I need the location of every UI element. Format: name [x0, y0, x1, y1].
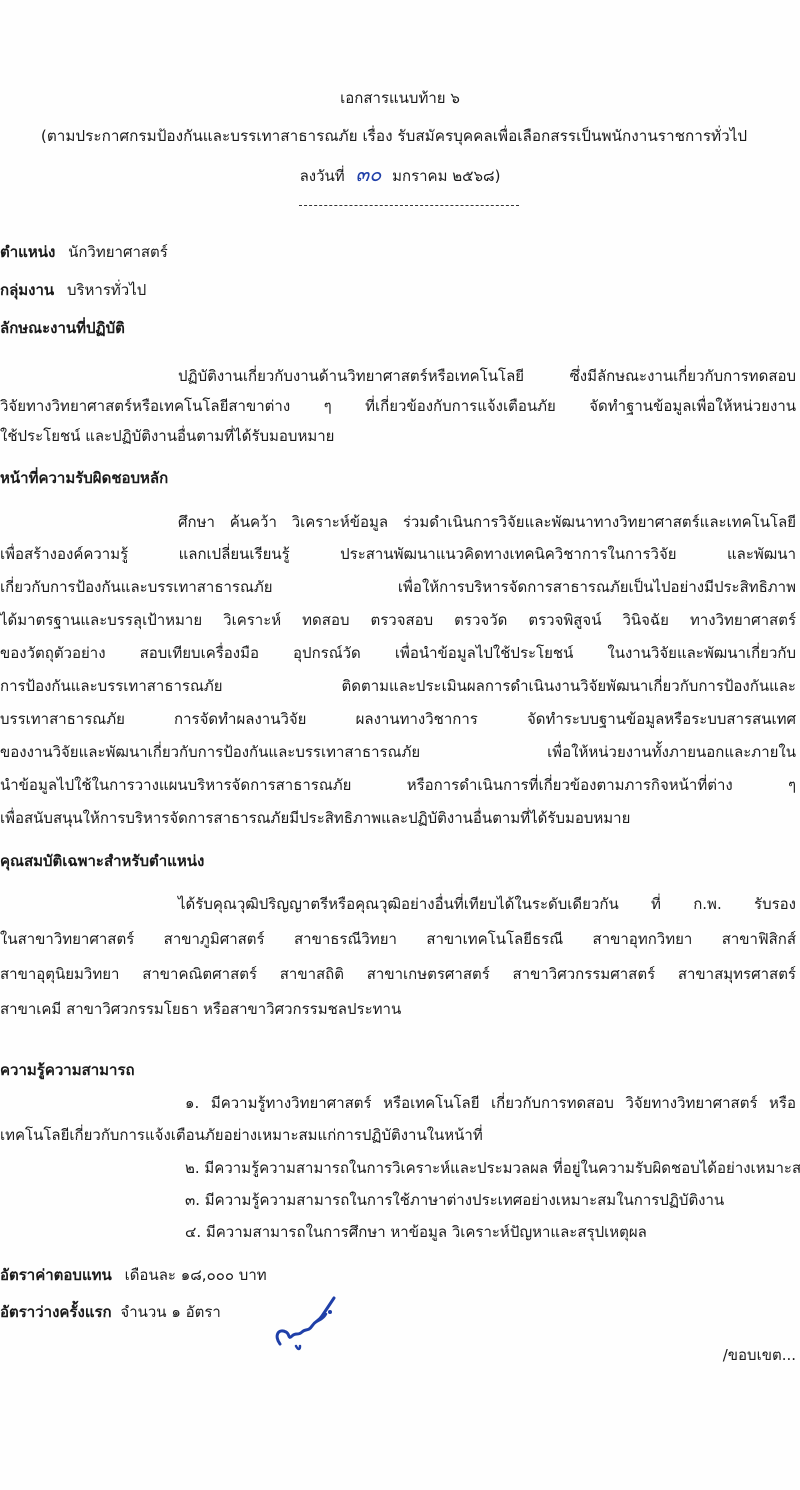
duties-line: ของงานวิจัยและพัฒนาเกี่ยวกับการป้องกันแล…: [0, 742, 796, 762]
compensation-value: เดือนละ ๑๘,๐๐๐ บาท: [125, 1266, 267, 1284]
competency-item-1-cont: เทคโนโลยีเกี่ยวกับการแจ้งเตือนภัยอย่างเห…: [0, 1125, 483, 1145]
continued-marker: /ขอบเขต...: [723, 1345, 796, 1365]
document-page: เอกสารแนบท้าย ๖ (ตามประกาศกรมป้องกันและบ…: [0, 0, 800, 1490]
work-group-value: บริหารทั่วไป: [67, 281, 146, 299]
signature-icon: [272, 1292, 342, 1352]
duties-line: บรรเทาสาธารณภัย การจัดทำผลงานวิจัย ผลงาน…: [0, 709, 796, 729]
job-nature-line: วิจัยทางวิทยาศาสตร์หรือเทคโนโลยีสาขาต่าง…: [0, 396, 796, 416]
vacancy-value: จำนวน ๑ อัตรา: [120, 1303, 220, 1321]
reference-line: (ตามประกาศกรมป้องกันและบรรเทาสาธารณภัย เ…: [0, 126, 794, 146]
main-duties-heading: หน้าที่ความรับผิดชอบหลัก: [0, 468, 168, 488]
qualifications-line: สาขาอุตุนิยมวิทยา สาขาคณิตศาสตร์ สาขาสถิ…: [0, 964, 796, 984]
vacancy-label: อัตราว่างครั้งแรก: [0, 1303, 112, 1321]
position-row: ตำแหน่ง นักวิทยาศาสตร์: [0, 242, 168, 262]
duties-line: นำข้อมูลไปใช้ในการวางแผนบริหารจัดการสาธา…: [0, 775, 796, 795]
work-group-label: กลุ่มงาน: [0, 281, 54, 299]
duties-line: เพื่อสร้างองค์ความรู้ แลกเปลี่ยนเรียนรู้…: [0, 544, 796, 564]
compensation-row: อัตราค่าตอบแทน เดือนละ ๑๘,๐๐๐ บาท: [0, 1265, 267, 1285]
job-nature-heading: ลักษณะงานที่ปฏิบัติ: [0, 318, 125, 338]
position-value: นักวิทยาศาสตร์: [68, 243, 168, 261]
competency-item-2: ๒. มีความรู้ความสามารถในการวิเคราะห์และป…: [185, 1158, 800, 1178]
vacancy-row: อัตราว่างครั้งแรก จำนวน ๑ อัตรา: [0, 1302, 221, 1322]
duties-line: เกี่ยวกับการป้องกันและบรรเทาสาธารณภัย เพ…: [0, 577, 796, 597]
handwritten-date-day: ๓๐: [349, 162, 387, 186]
qualifications-line: สาขาเคมี สาขาวิศวกรรมโยธา หรือสาขาวิศวกร…: [0, 999, 401, 1019]
job-nature-line: ใช้ประโยชน์ และปฏิบัติงานอื่นตามที่ได้รั…: [0, 426, 334, 446]
competency-item-4: ๔. มีความสามารถในการศึกษา หาข้อมูล วิเคร…: [185, 1222, 647, 1242]
competencies-heading: ความรู้ความสามารถ: [0, 1060, 135, 1080]
date-suffix: มกราคม ๒๕๖๘): [392, 167, 500, 185]
date-line: ลงวันที่ ๓๐ มกราคม ๒๕๖๘): [0, 164, 800, 186]
date-prefix: ลงวันที่: [300, 167, 345, 185]
competency-item-3: ๓. มีความรู้ความสามารถในการใช้ภาษาต่างปร…: [185, 1190, 724, 1210]
qualifications-line: ในสาขาวิทยาศาสตร์ สาขาภูมิศาสตร์ สาขาธรณ…: [0, 929, 796, 949]
dashed-divider: [299, 205, 519, 206]
duties-line: เพื่อสนับสนุนให้การบริหารจัดการสาธารณภัย…: [0, 808, 630, 828]
duties-line: การป้องกันและบรรเทาสาธารณภัย ติดตามและปร…: [0, 676, 796, 696]
position-label: ตำแหน่ง: [0, 243, 55, 261]
work-group-row: กลุ่มงาน บริหารทั่วไป: [0, 280, 146, 300]
duties-line: ศึกษา ค้นคว้า วิเคราะห์ข้อมูล ร่วมดำเนิน…: [178, 512, 796, 532]
competency-item-1: ๑. มีความรู้ทางวิทยาศาสตร์ หรือเทคโนโลยี…: [185, 1093, 796, 1113]
duties-line: ได้มาตรฐานและบรรลุเป้าหมาย วิเคราะห์ ทดส…: [0, 610, 796, 630]
duties-line: ของวัตถุตัวอย่าง สอบเทียบเครื่องมือ อุปก…: [0, 643, 796, 663]
compensation-label: อัตราค่าตอบแทน: [0, 1266, 112, 1284]
annex-title: เอกสารแนบท้าย ๖: [0, 88, 800, 108]
qualifications-line: ได้รับคุณวุฒิปริญญาตรีหรือคุณวุฒิอย่างอื…: [178, 894, 796, 914]
qualifications-heading: คุณสมบัติเฉพาะสำหรับตำแหน่ง: [0, 851, 204, 871]
job-nature-line: ปฏิบัติงานเกี่ยวกับงานด้านวิทยาศาสตร์หรื…: [178, 366, 796, 386]
